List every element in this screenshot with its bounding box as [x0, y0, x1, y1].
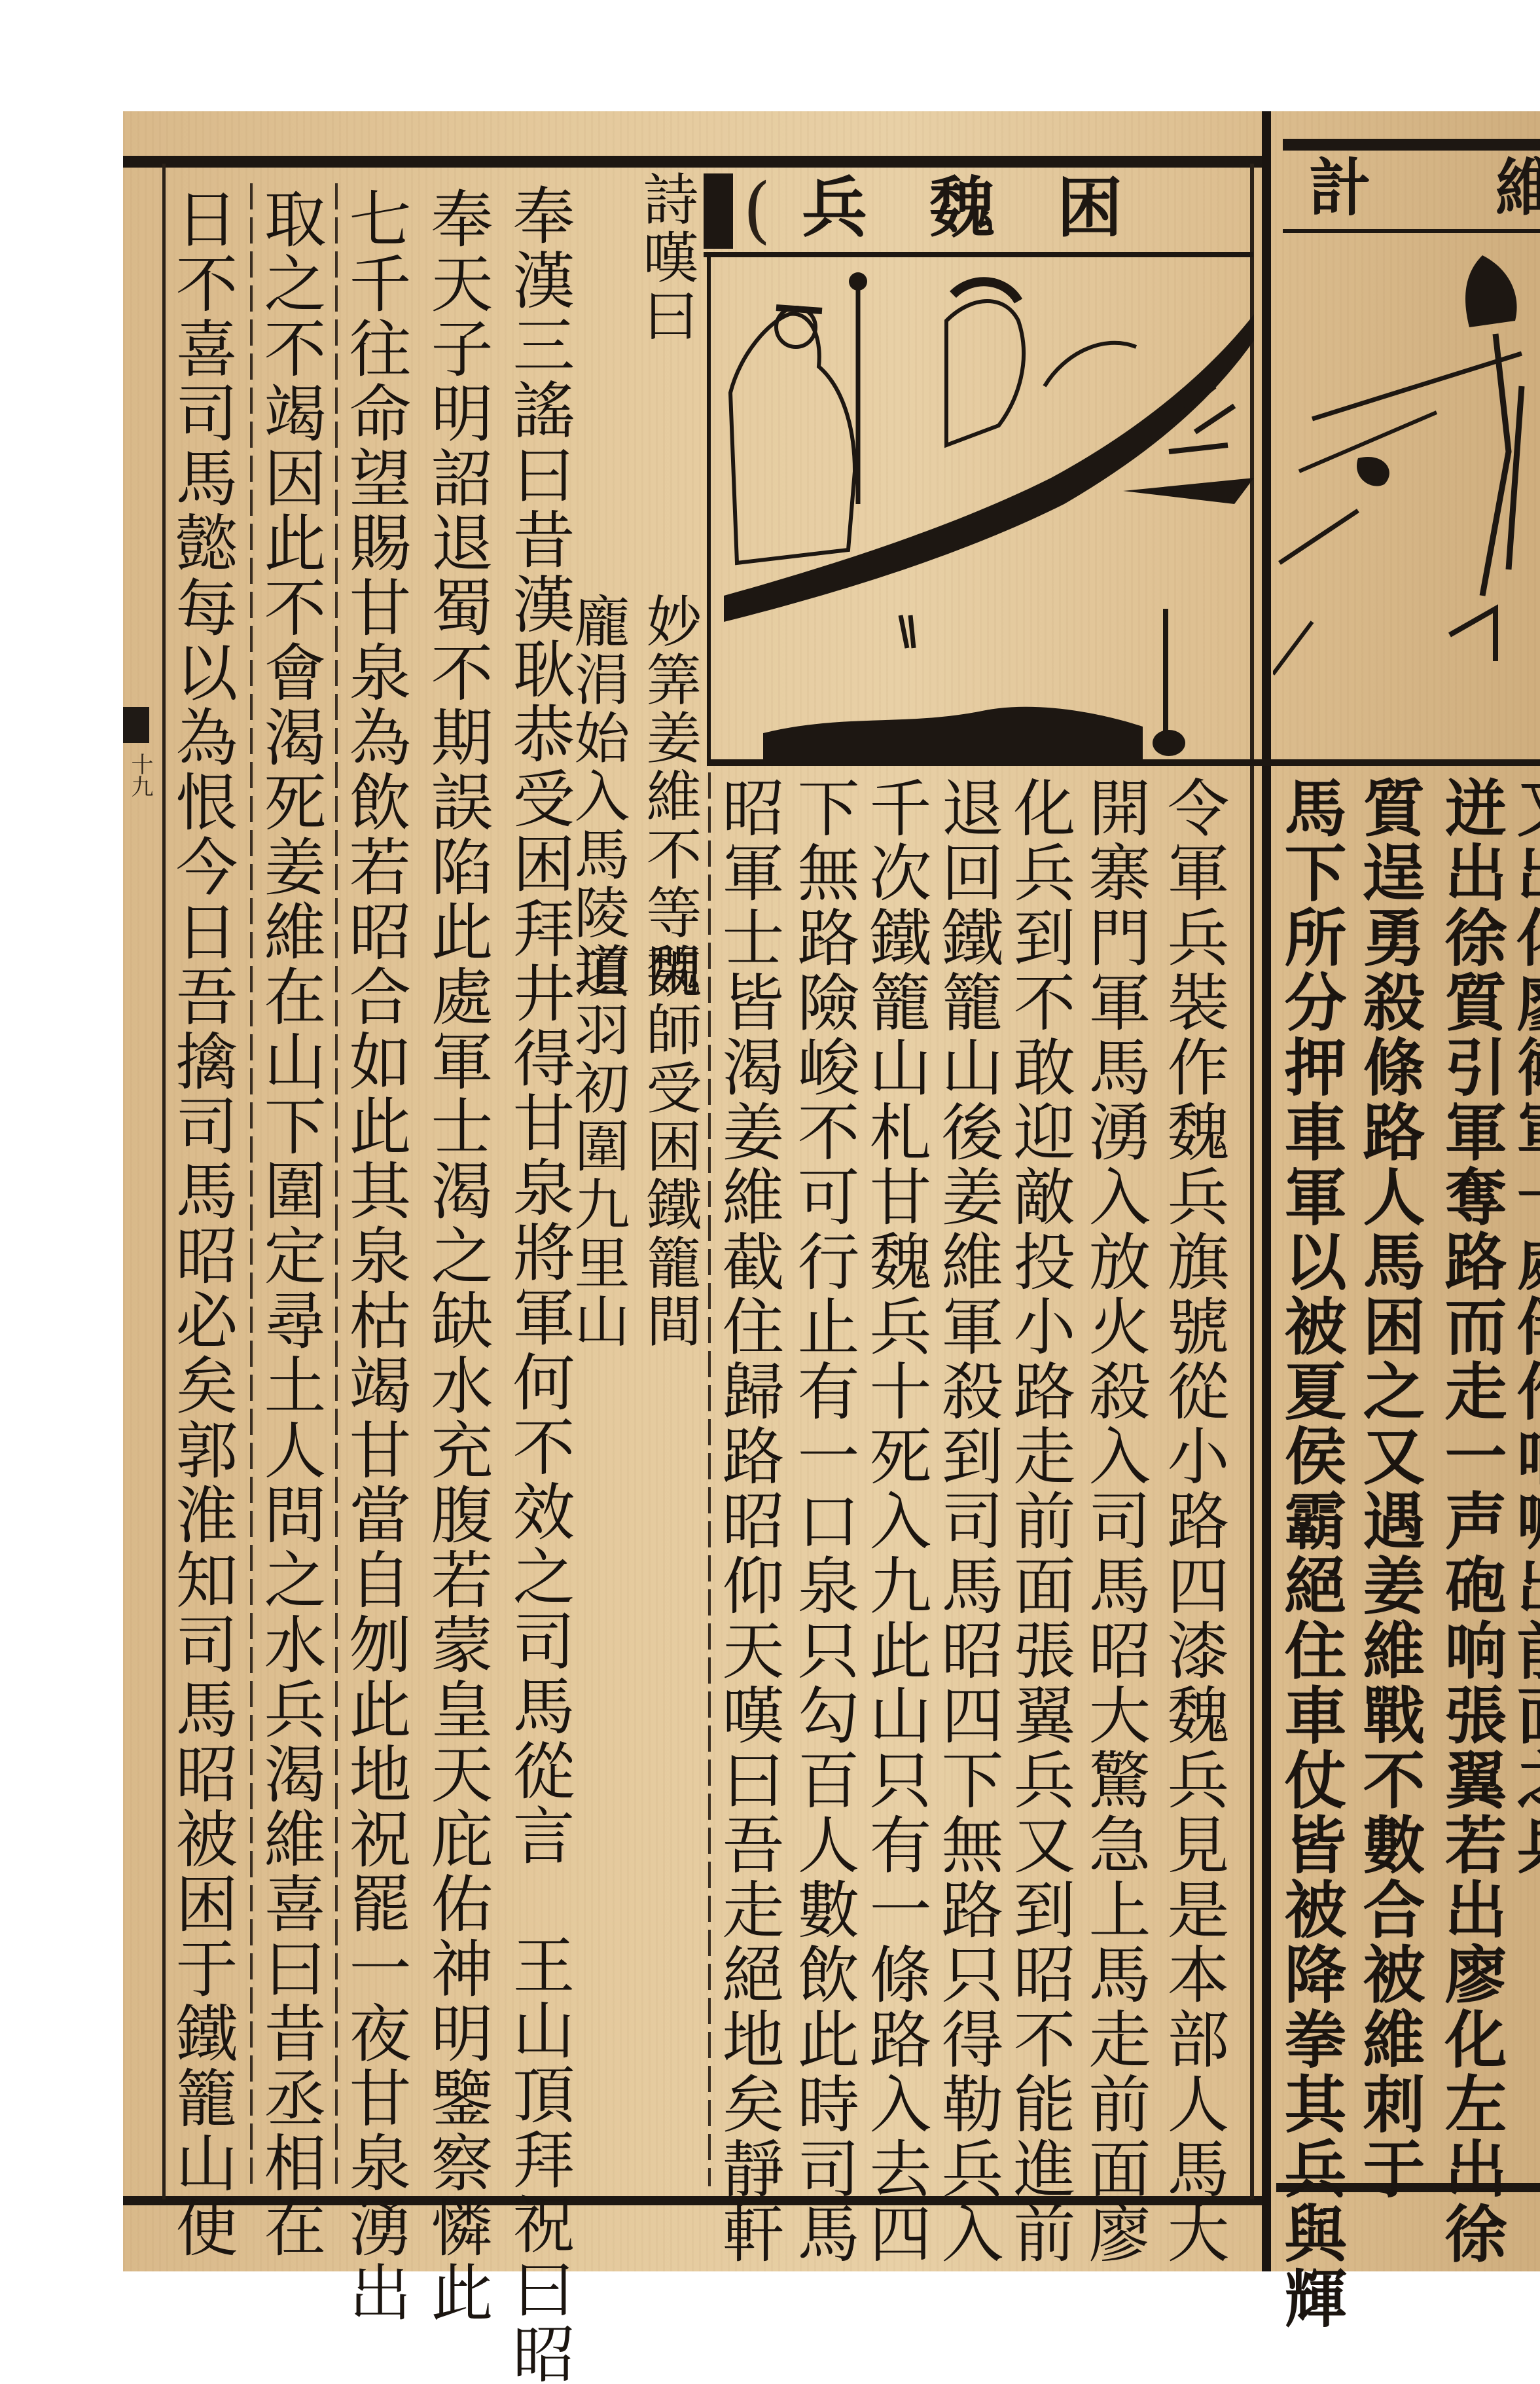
text-column: 質逞勇殺條路人馬困之又遇姜維戰不數合被維刺于 [1358, 776, 1420, 2201]
column-rule [708, 772, 711, 2186]
banner-char: 困 [1057, 175, 1122, 240]
poem-line: 妙筭姜維不等閑 [641, 592, 697, 1000]
woodcut-figure-icon [1273, 255, 1540, 759]
poem-line: 龐涓始入馬陵道 [569, 592, 625, 1000]
top-border-rule [123, 156, 1262, 168]
banner-char: 魏 [929, 175, 995, 240]
text-column: 令軍兵裝作魏兵旗號從小路四漆魏兵見是本部人馬大 [1162, 776, 1224, 2266]
text-column: 千次鐵籠山札甘魏兵十死入九此山只有一條路入去四 [864, 776, 926, 2266]
woodcut-illustration-right [1273, 255, 1540, 759]
banner-char: 計 [1309, 157, 1371, 219]
chapter-number: 十九 [124, 753, 156, 797]
fish-tail-block [123, 707, 149, 743]
banner-char: 維 [1495, 157, 1540, 219]
poem-line: 魏師受困鐵籠間 [641, 943, 697, 1350]
text-column: 化兵到不敢迎敵投小路走前面張翼兵又到昭不能進前 [1008, 776, 1070, 2266]
banner-bracket: ( [743, 173, 771, 245]
text-column: 昭軍士皆渴姜維截住歸路昭仰天嘆曰吾走絕地矣靜軒 [717, 776, 779, 2266]
text-column: 退回鐵籠山後姜維軍殺到司馬昭四下無路只得勒兵入 [936, 776, 998, 2266]
illustration-title-banner-right: 計 維 [1283, 151, 1540, 233]
banner-black-block [704, 173, 733, 249]
text-column: 奉漢三謠曰昔漢耿恭受困拜井得甘泉將軍何不效之司馬從言 王山頂拜祝曰昭 [507, 183, 569, 2384]
book-gutter-fold [1262, 111, 1271, 2271]
fold-margin-marker: 十九 [123, 707, 149, 877]
text-column: 馬下所分押車軍以被夏侯霸絕住車仗皆被降拳其兵與輝 [1280, 776, 1342, 2331]
banner-title-right: 計 維 [1309, 157, 1540, 219]
column-rule [335, 183, 338, 2186]
text-column: 迸出徐質引軍奪路而走一声砲响張翼若出廖化左出徐 [1440, 776, 1502, 2266]
poem-line: 項羽初圍九里山 [569, 943, 625, 1350]
banner-char: 兵 [802, 175, 867, 240]
banner-title: 兵 魏 困 [802, 175, 1122, 240]
illustration-title-banner: ( 兵 魏 困 [704, 167, 1253, 257]
text-column: 奉天子明詔退蜀不期誤陷此處軍士渴之缺水充腹若蒙皇天庇佑神明鑒察憐此 [425, 187, 488, 2325]
text-column: 七千往命望賜甘泉為飲若昭合如此其泉枯竭甘當自刎此地祝罷一夜甘泉湧出 [344, 187, 406, 2325]
poem-heading: 詩嘆曰 [638, 170, 694, 345]
text-column: 開寨門軍馬湧入放火殺入司馬昭大驚急上馬走前面廖 [1083, 776, 1145, 2266]
woodcut-scene-icon [711, 255, 1257, 759]
text-column: 下無路險峻不可行止有一口泉只勾百人數飲此時司馬 [792, 776, 854, 2266]
column-rule [250, 183, 253, 2186]
text-column: 日不喜司馬懿每以為恨今日吾擒司馬昭必矣郭淮知司馬昭被困于鐵籠山便 [170, 187, 232, 2260]
text-column: 取之不竭因此不會渴死姜維在山下圍定尋土人問之水兵渴維喜曰昔丞相在 [259, 187, 321, 2260]
text-column: 又出化廖衛軍一處伴作吶喊出前面之兵 [1512, 776, 1540, 1877]
top-border-rule-right [1283, 139, 1540, 151]
illustration-bottom-rule [707, 759, 1540, 766]
woodcut-illustration [707, 255, 1257, 759]
